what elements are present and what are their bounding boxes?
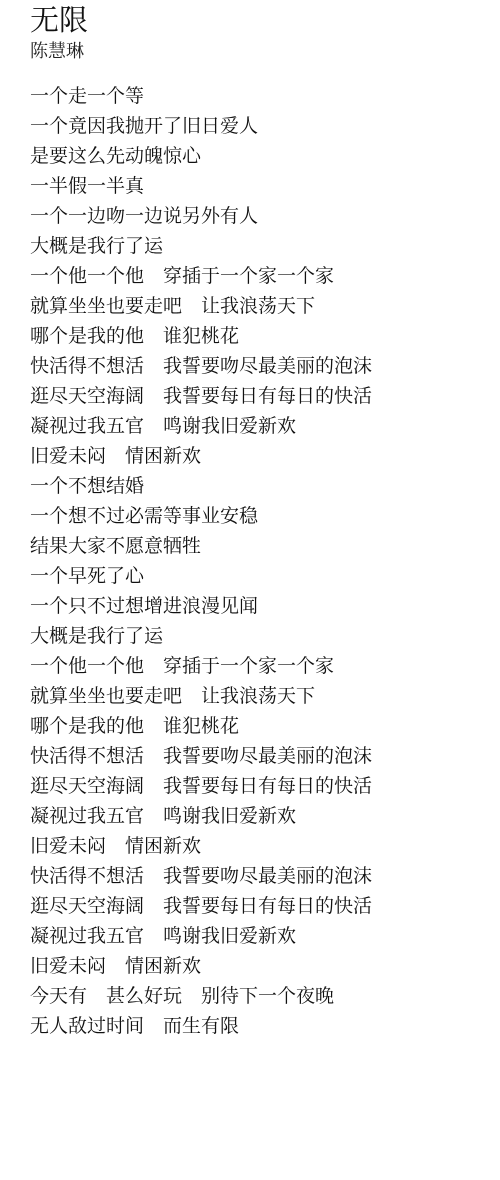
lyrics-page: 无限 陈慧琳 一个走一个等 一个竟因我抛开了旧日爱人 是要这么先动魄惊心 一半假… bbox=[30, 0, 490, 1041]
lyric-line: 一个一边吻一边说另外有人 bbox=[30, 201, 490, 231]
lyric-line: 快活得不想活 我誓要吻尽最美丽的泡沫 bbox=[30, 351, 490, 381]
lyric-line: 快活得不想活 我誓要吻尽最美丽的泡沫 bbox=[30, 741, 490, 771]
lyric-line: 一半假一半真 bbox=[30, 171, 490, 201]
lyric-line: 旧爱未闷 情困新欢 bbox=[30, 441, 490, 471]
lyric-line: 凝视过我五官 鸣谢我旧爱新欢 bbox=[30, 801, 490, 831]
lyric-line: 一个他一个他 穿插于一个家一个家 bbox=[30, 651, 490, 681]
lyric-line: 快活得不想活 我誓要吻尽最美丽的泡沫 bbox=[30, 861, 490, 891]
lyric-line: 一个早死了心 bbox=[30, 561, 490, 591]
lyric-line: 一个只不过想增进浪漫见闻 bbox=[30, 591, 490, 621]
lyric-line: 旧爱未闷 情困新欢 bbox=[30, 951, 490, 981]
lyric-line: 一个不想结婚 bbox=[30, 471, 490, 501]
lyric-line: 今天有 甚么好玩 别待下一个夜晚 bbox=[30, 981, 490, 1011]
artist-name: 陈慧琳 bbox=[30, 39, 490, 65]
lyric-line: 哪个是我的他 谁犯桃花 bbox=[30, 321, 490, 351]
lyric-line: 无人敌过时间 而生有限 bbox=[30, 1011, 490, 1041]
lyric-line: 大概是我行了运 bbox=[30, 231, 490, 261]
lyric-line: 逛尽天空海阔 我誓要每日有每日的快活 bbox=[30, 771, 490, 801]
lyric-line: 旧爱未闷 情困新欢 bbox=[30, 831, 490, 861]
lyric-line: 一个他一个他 穿插于一个家一个家 bbox=[30, 261, 490, 291]
lyric-line: 逛尽天空海阔 我誓要每日有每日的快活 bbox=[30, 891, 490, 921]
lyric-line: 就算坐坐也要走吧 让我浪荡天下 bbox=[30, 291, 490, 321]
lyric-line: 一个想不过必需等事业安稳 bbox=[30, 501, 490, 531]
lyric-line: 结果大家不愿意牺牲 bbox=[30, 531, 490, 561]
lyric-line: 就算坐坐也要走吧 让我浪荡天下 bbox=[30, 681, 490, 711]
lyric-line: 逛尽天空海阔 我誓要每日有每日的快活 bbox=[30, 381, 490, 411]
lyric-line: 凝视过我五官 鸣谢我旧爱新欢 bbox=[30, 921, 490, 951]
lyric-line: 一个竟因我抛开了旧日爱人 bbox=[30, 111, 490, 141]
lyric-line: 是要这么先动魄惊心 bbox=[30, 141, 490, 171]
lyrics-body: 一个走一个等 一个竟因我抛开了旧日爱人 是要这么先动魄惊心 一半假一半真 一个一… bbox=[30, 81, 490, 1041]
lyric-line: 一个走一个等 bbox=[30, 81, 490, 111]
lyric-line: 哪个是我的他 谁犯桃花 bbox=[30, 711, 490, 741]
lyric-line: 凝视过我五官 鸣谢我旧爱新欢 bbox=[30, 411, 490, 441]
song-title: 无限 bbox=[30, 0, 490, 39]
lyric-line: 大概是我行了运 bbox=[30, 621, 490, 651]
